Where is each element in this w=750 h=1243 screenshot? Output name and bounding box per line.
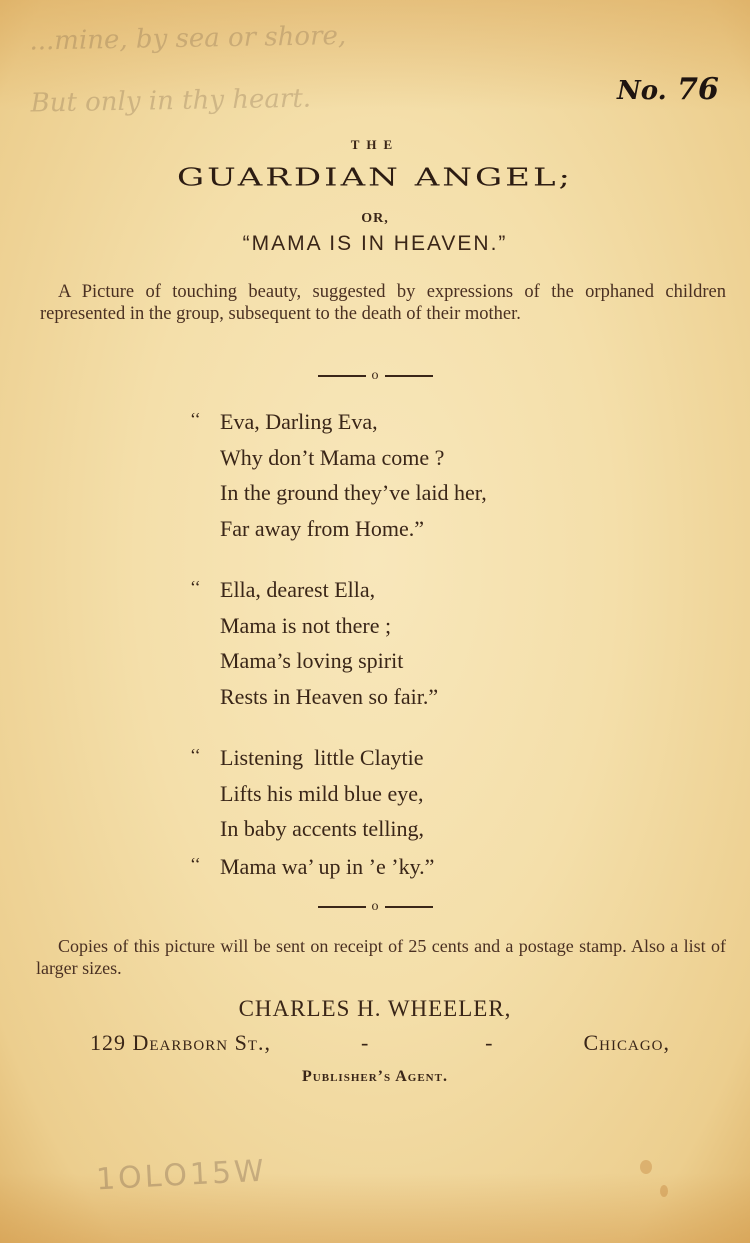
verse-text: Mama wa’ up in ’e ’ky.” — [220, 854, 434, 879]
inscription-line: But only in thy heart. — [30, 63, 551, 134]
divider-line — [318, 906, 366, 908]
verse-line: In the ground they’ve laid her, — [190, 475, 487, 511]
page-title: GUARDIAN ANGEL; — [0, 163, 750, 192]
pencil-inscription-top: ...mine, by sea or shore, But only in th… — [29, 1, 551, 134]
stanza-2: ‘‘Ella, dearest Ella, Mama is not there … — [190, 570, 438, 714]
card-back: ...mine, by sea or shore, But only in th… — [0, 0, 750, 1243]
verse-line: Rests in Heaven so fair.” — [190, 679, 438, 715]
open-quote: ‘‘ — [190, 570, 220, 606]
separator: - — [459, 1030, 519, 1056]
publisher-role: Publisher’s Agent. — [0, 1068, 750, 1086]
verse-text: Listening little Claytie — [220, 745, 423, 770]
ordering-note: Copies of this picture will be sent on r… — [36, 935, 726, 979]
title-or: OR, — [0, 211, 750, 227]
description: A Picture of touching beauty, suggested … — [40, 281, 726, 325]
verse-text: Ella, dearest Ella, — [220, 577, 375, 602]
verse-line: Lifts his mild blue eye, — [190, 776, 434, 812]
divider-ornament: o — [0, 899, 750, 915]
verse-line: Mama’s loving spirit — [190, 643, 438, 679]
foxing-stain — [660, 1185, 668, 1197]
street-address: 129 Dearborn St., — [90, 1030, 271, 1056]
title-pre: THE — [0, 137, 750, 153]
divider-circle: o — [372, 368, 379, 384]
verse-line: ‘‘Mama wa’ up in ’e ’ky.” — [190, 847, 434, 885]
publisher-name: CHARLES H. WHEELER, — [0, 996, 750, 1022]
catalog-number-prefix: No. — [617, 76, 667, 106]
open-quote: ‘‘ — [190, 402, 220, 438]
stanza-3: ‘‘Listening little Claytie Lifts his mil… — [190, 738, 434, 884]
verse-text: Eva, Darling Eva, — [220, 409, 378, 434]
divider-line — [385, 906, 433, 908]
stanza-1: ‘‘Eva, Darling Eva, Why don’t Mama come … — [190, 402, 487, 546]
catalog-number: No. 76 — [617, 72, 719, 107]
subtitle: “MAMA IS IN HEAVEN.” — [0, 232, 750, 256]
catalog-number-value: 76 — [677, 72, 719, 107]
verse-line: Far away from Home.” — [190, 511, 487, 547]
pencil-inscription-bottom: 1OLO15W — [95, 1154, 267, 1198]
open-quote: ‘‘ — [190, 738, 220, 774]
divider-circle: o — [372, 899, 379, 915]
verse-line: ‘‘Ella, dearest Ella, — [190, 570, 438, 608]
divider-line — [385, 375, 433, 377]
verse-line: Why don’t Mama come ? — [190, 440, 487, 476]
separator: - — [335, 1030, 395, 1056]
verse-line: ‘‘Listening little Claytie — [190, 738, 434, 776]
foxing-stain — [640, 1160, 652, 1174]
verse-line: ‘‘Eva, Darling Eva, — [190, 402, 487, 440]
verse-line: Mama is not there ; — [190, 608, 438, 644]
city: Chicago, — [583, 1030, 670, 1056]
publisher-address: 129 Dearborn St., - - Chicago, — [90, 1030, 670, 1056]
divider-ornament: o — [0, 368, 750, 384]
verse-line: In baby accents telling, — [190, 811, 434, 847]
divider-line — [318, 375, 366, 377]
inscription-line: ...mine, by sea or shore, — [29, 1, 550, 72]
open-quote: ‘‘ — [190, 847, 220, 883]
